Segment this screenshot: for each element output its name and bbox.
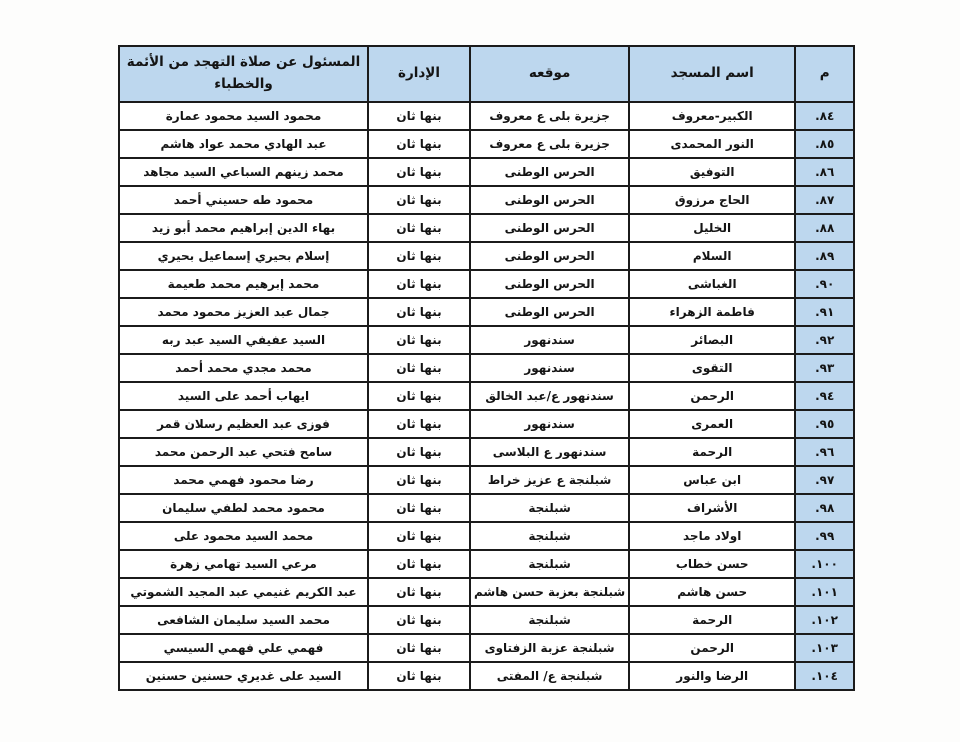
table-body: ٨٤.الكبير-معروفجزيرة بلى ع معروفبنها ثان… xyxy=(119,102,854,690)
cell-location: الحرس الوطنى xyxy=(470,242,629,270)
cell-number: ٩٩. xyxy=(795,522,854,550)
cell-mosque-name: اولاد ماجد xyxy=(629,522,795,550)
table-row: ٨٩.السلامالحرس الوطنىبنها ثانإسلام بحيري… xyxy=(119,242,854,270)
cell-location: شبلنجة xyxy=(470,550,629,578)
cell-location: سندنهور xyxy=(470,354,629,382)
cell-responsible: سامح فتحي عبد الرحمن محمد xyxy=(119,438,368,466)
cell-mosque-name: الرحمة xyxy=(629,606,795,634)
cell-responsible: محمود طه حسيني أحمد xyxy=(119,186,368,214)
cell-number: ١٠٤. xyxy=(795,662,854,690)
table-row: ٨٨.الخليلالحرس الوطنىبنها ثانبهاء الدين … xyxy=(119,214,854,242)
cell-mosque-name: الرضا والنور xyxy=(629,662,795,690)
cell-location: الحرس الوطنى xyxy=(470,270,629,298)
cell-location: شبلنجة ع/ المفتى xyxy=(470,662,629,690)
cell-admin: بنها ثان xyxy=(368,270,470,298)
cell-mosque-name: التوفيق xyxy=(629,158,795,186)
cell-responsible: عبد الهادي محمد عواد هاشم xyxy=(119,130,368,158)
cell-responsible: محمد السيد سليمان الشافعى xyxy=(119,606,368,634)
cell-admin: بنها ثان xyxy=(368,494,470,522)
cell-responsible: مرعي السيد تهامي زهرة xyxy=(119,550,368,578)
cell-number: ٩٣. xyxy=(795,354,854,382)
cell-number: ٩٢. xyxy=(795,326,854,354)
cell-mosque-name: النور المحمدى xyxy=(629,130,795,158)
cell-location: شبلنجة ع عزيز خراط xyxy=(470,466,629,494)
table-row: ٩٠.الغباشىالحرس الوطنىبنها ثانمحمد إبرهي… xyxy=(119,270,854,298)
cell-admin: بنها ثان xyxy=(368,158,470,186)
table-row: ٩٢.البصائرسندنهوربنها ثانالسيد عفيفي الس… xyxy=(119,326,854,354)
cell-admin: بنها ثان xyxy=(368,326,470,354)
table-row: ٩٥.العمرىسندنهوربنها ثانفوزى عبد العظيم … xyxy=(119,410,854,438)
cell-mosque-name: الرحمن xyxy=(629,634,795,662)
cell-location: الحرس الوطنى xyxy=(470,214,629,242)
cell-mosque-name: الغباشى xyxy=(629,270,795,298)
table-row: ٨٧.الحاج مرزوقالحرس الوطنىبنها ثانمحمود … xyxy=(119,186,854,214)
table-row: ١٠٤.الرضا والنورشبلنجة ع/ المفتىبنها ثان… xyxy=(119,662,854,690)
cell-admin: بنها ثان xyxy=(368,130,470,158)
cell-mosque-name: الكبير-معروف xyxy=(629,102,795,130)
cell-responsible: السيد على غديري حسنين حسنين xyxy=(119,662,368,690)
table-row: ٩٧.ابن عباسشبلنجة ع عزيز خراطبنها ثانرضا… xyxy=(119,466,854,494)
cell-number: ١٠١. xyxy=(795,578,854,606)
cell-mosque-name: البصائر xyxy=(629,326,795,354)
cell-responsible: السيد عفيفي السيد عبد ربه xyxy=(119,326,368,354)
scanned-document-page: م اسم المسجد موقعه الإدارة المسئول عن صل… xyxy=(0,0,960,742)
table-row: ٩٤.الرحمنسندنهور ع/عبد الخالقبنها ثانايه… xyxy=(119,382,854,410)
table-row: ٩٩.اولاد ماجدشبلنجةبنها ثانمحمد السيد مح… xyxy=(119,522,854,550)
cell-location: شبلنجة عزبة الزفتاوى xyxy=(470,634,629,662)
cell-number: ٩٨. xyxy=(795,494,854,522)
cell-responsible: إسلام بحيري إسماعيل بحيري xyxy=(119,242,368,270)
cell-number: ١٠٠. xyxy=(795,550,854,578)
cell-admin: بنها ثان xyxy=(368,438,470,466)
cell-mosque-name: حسن خطاب xyxy=(629,550,795,578)
cell-admin: بنها ثان xyxy=(368,186,470,214)
table-row: ٨٦.التوفيقالحرس الوطنىبنها ثانمحمد زينهم… xyxy=(119,158,854,186)
cell-number: ٩٥. xyxy=(795,410,854,438)
cell-responsible: محمد إبرهيم محمد طعيمة xyxy=(119,270,368,298)
cell-location: شبلنجة xyxy=(470,494,629,522)
cell-admin: بنها ثان xyxy=(368,298,470,326)
table-row: ٩٦.الرحمةسندنهور ع البلاسىبنها ثانسامح ف… xyxy=(119,438,854,466)
cell-location: سندنهور ع البلاسى xyxy=(470,438,629,466)
tahajjud-responsibles-table: م اسم المسجد موقعه الإدارة المسئول عن صل… xyxy=(118,45,855,691)
cell-admin: بنها ثان xyxy=(368,550,470,578)
cell-number: ٩٦. xyxy=(795,438,854,466)
cell-admin: بنها ثان xyxy=(368,382,470,410)
cell-number: ٨٦. xyxy=(795,158,854,186)
cell-responsible: فوزى عبد العظيم رسلان قمر xyxy=(119,410,368,438)
cell-responsible: محمود محمد لطفي سليمان xyxy=(119,494,368,522)
cell-location: الحرس الوطنى xyxy=(470,158,629,186)
cell-number: ١٠٣. xyxy=(795,634,854,662)
cell-location: الحرس الوطنى xyxy=(470,298,629,326)
cell-location: جزيرة بلى ع معروف xyxy=(470,102,629,130)
cell-number: ٨٥. xyxy=(795,130,854,158)
column-header-mosque-name: اسم المسجد xyxy=(629,46,795,102)
cell-mosque-name: الأشراف xyxy=(629,494,795,522)
cell-mosque-name: حسن هاشم xyxy=(629,578,795,606)
cell-number: ٨٤. xyxy=(795,102,854,130)
cell-responsible: بهاء الدين إبراهيم محمد أبو زيد xyxy=(119,214,368,242)
table-row: ٩٣.التقوىسندنهوربنها ثانمحمد مجدي محمد أ… xyxy=(119,354,854,382)
cell-number: ٨٧. xyxy=(795,186,854,214)
cell-responsible: محمود السيد محمود عمارة xyxy=(119,102,368,130)
cell-mosque-name: السلام xyxy=(629,242,795,270)
column-header-location: موقعه xyxy=(470,46,629,102)
table-header-row: م اسم المسجد موقعه الإدارة المسئول عن صل… xyxy=(119,46,854,102)
cell-admin: بنها ثان xyxy=(368,466,470,494)
cell-mosque-name: التقوى xyxy=(629,354,795,382)
table-row: ١٠٢.الرحمةشبلنجةبنها ثانمحمد السيد سليما… xyxy=(119,606,854,634)
table-row: ٩٨.الأشرافشبلنجةبنها ثانمحمود محمد لطفي … xyxy=(119,494,854,522)
cell-admin: بنها ثان xyxy=(368,606,470,634)
cell-number: ٩١. xyxy=(795,298,854,326)
cell-mosque-name: فاطمة الزهراء xyxy=(629,298,795,326)
cell-location: شبلنجة بعزبة حسن هاشم xyxy=(470,578,629,606)
cell-location: سندنهور xyxy=(470,326,629,354)
column-header-responsible: المسئول عن صلاة التهجد من الأئمة والخطبا… xyxy=(119,46,368,102)
cell-admin: بنها ثان xyxy=(368,410,470,438)
cell-mosque-name: ابن عباس xyxy=(629,466,795,494)
cell-mosque-name: الرحمة xyxy=(629,438,795,466)
table-row: ١٠٠.حسن خطابشبلنجةبنها ثانمرعي السيد تها… xyxy=(119,550,854,578)
column-header-admin: الإدارة xyxy=(368,46,470,102)
cell-admin: بنها ثان xyxy=(368,634,470,662)
cell-responsible: عبد الكريم غنيمي عبد المجيد الشموتي xyxy=(119,578,368,606)
cell-mosque-name: العمرى xyxy=(629,410,795,438)
cell-admin: بنها ثان xyxy=(368,214,470,242)
cell-location: جزيرة بلى ع معروف xyxy=(470,130,629,158)
cell-admin: بنها ثان xyxy=(368,102,470,130)
table-row: ١٠٣.الرحمنشبلنجة عزبة الزفتاوىبنها ثانفه… xyxy=(119,634,854,662)
cell-admin: بنها ثان xyxy=(368,242,470,270)
cell-number: ١٠٢. xyxy=(795,606,854,634)
cell-location: الحرس الوطنى xyxy=(470,186,629,214)
cell-responsible: فهمي علي فهمي السيسي xyxy=(119,634,368,662)
cell-number: ٩٧. xyxy=(795,466,854,494)
cell-mosque-name: الخليل xyxy=(629,214,795,242)
column-header-number: م xyxy=(795,46,854,102)
cell-number: ٨٩. xyxy=(795,242,854,270)
cell-responsible: جمال عبد العزيز محمود محمد xyxy=(119,298,368,326)
cell-mosque-name: الرحمن xyxy=(629,382,795,410)
cell-number: ٩٠. xyxy=(795,270,854,298)
cell-admin: بنها ثان xyxy=(368,578,470,606)
cell-location: شبلنجة xyxy=(470,522,629,550)
cell-location: سندنهور xyxy=(470,410,629,438)
cell-responsible: محمد السيد محمود على xyxy=(119,522,368,550)
cell-admin: بنها ثان xyxy=(368,522,470,550)
table-row: ٨٥.النور المحمدىجزيرة بلى ع معروفبنها ثا… xyxy=(119,130,854,158)
cell-responsible: رضا محمود فهمي محمد xyxy=(119,466,368,494)
cell-number: ٩٤. xyxy=(795,382,854,410)
table-row: ٩١.فاطمة الزهراءالحرس الوطنىبنها ثانجمال… xyxy=(119,298,854,326)
cell-number: ٨٨. xyxy=(795,214,854,242)
cell-location: سندنهور ع/عبد الخالق xyxy=(470,382,629,410)
cell-responsible: ايهاب أحمد على السيد xyxy=(119,382,368,410)
cell-admin: بنها ثان xyxy=(368,354,470,382)
cell-location: شبلنجة xyxy=(470,606,629,634)
cell-admin: بنها ثان xyxy=(368,662,470,690)
cell-responsible: محمد زينهم السباعي السيد مجاهد xyxy=(119,158,368,186)
table-row: ٨٤.الكبير-معروفجزيرة بلى ع معروفبنها ثان… xyxy=(119,102,854,130)
cell-responsible: محمد مجدي محمد أحمد xyxy=(119,354,368,382)
cell-mosque-name: الحاج مرزوق xyxy=(629,186,795,214)
table-row: ١٠١.حسن هاشمشبلنجة بعزبة حسن هاشمبنها ثا… xyxy=(119,578,854,606)
